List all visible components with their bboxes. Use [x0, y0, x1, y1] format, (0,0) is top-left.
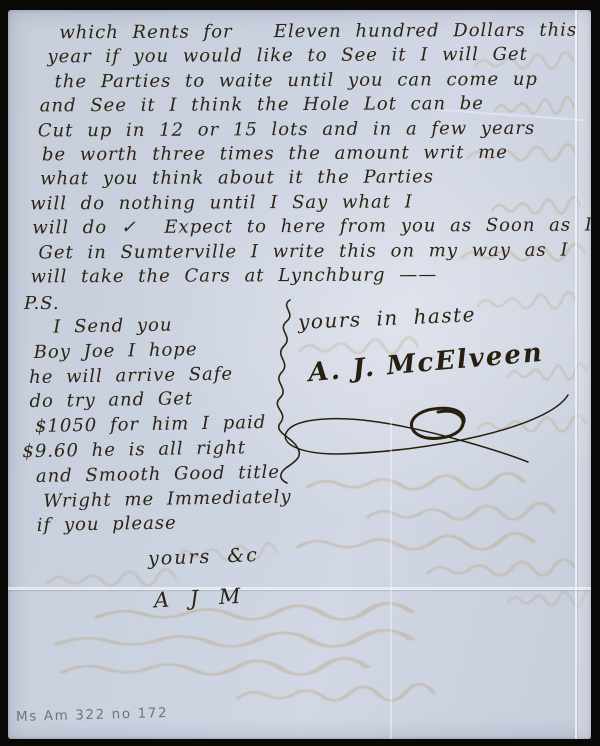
scanned-letter: which Rents for Eleven hundred Dollars t…	[0, 0, 600, 746]
fold-crease-vertical-middle	[390, 418, 392, 739]
letter-line: and See it I think the Hole Lot can be	[30, 92, 578, 119]
postscript-line: Wright me Immediately	[23, 485, 273, 514]
letter-line: be worth three times the amount writ me	[30, 141, 578, 168]
letter-line: year if you would like to See it I will …	[29, 43, 577, 70]
letter-line: will take the Cars at Lynchburg ——	[31, 262, 579, 289]
signature-flourish	[285, 395, 568, 462]
letter-line: what you think about it the Parties	[30, 165, 578, 192]
letter-line: which Rents for Eleven hundred Dollars t…	[29, 19, 577, 46]
paper-edge-strip	[577, 10, 591, 739]
letter-body: which Rents for Eleven hundred Dollars t…	[29, 19, 578, 290]
postscript-initials: A J M	[153, 584, 248, 613]
closing-line: yours in haste	[298, 302, 477, 334]
postscript-line: if you please	[24, 510, 274, 539]
catalog-number-annotation: Ms Am 322 no 172	[16, 705, 169, 725]
letter-line: will do ✓ Expect to here from you as Soo…	[30, 214, 578, 241]
letter-line: will do nothing until I Say what I	[30, 189, 578, 216]
postscript-line: and Smooth Good title	[23, 461, 273, 490]
fold-crease-horizontal	[8, 587, 591, 590]
letter-line: the Parties to waite until you can come …	[30, 67, 578, 94]
signature: A. J. McElveen	[307, 338, 545, 388]
divider-squiggle	[277, 300, 299, 483]
letter-line: Get in Sumterville I write this on my wa…	[30, 238, 578, 265]
letter-page: which Rents for Eleven hundred Dollars t…	[8, 10, 591, 739]
letter-line: Cut up in 12 or 15 lots and in a few yea…	[30, 116, 578, 143]
postscript-label: P.S.	[24, 293, 60, 314]
postscript-column: I Send you Boy Joe I hope he will arrive…	[20, 312, 274, 540]
postscript-closing: yours &c	[148, 544, 260, 570]
